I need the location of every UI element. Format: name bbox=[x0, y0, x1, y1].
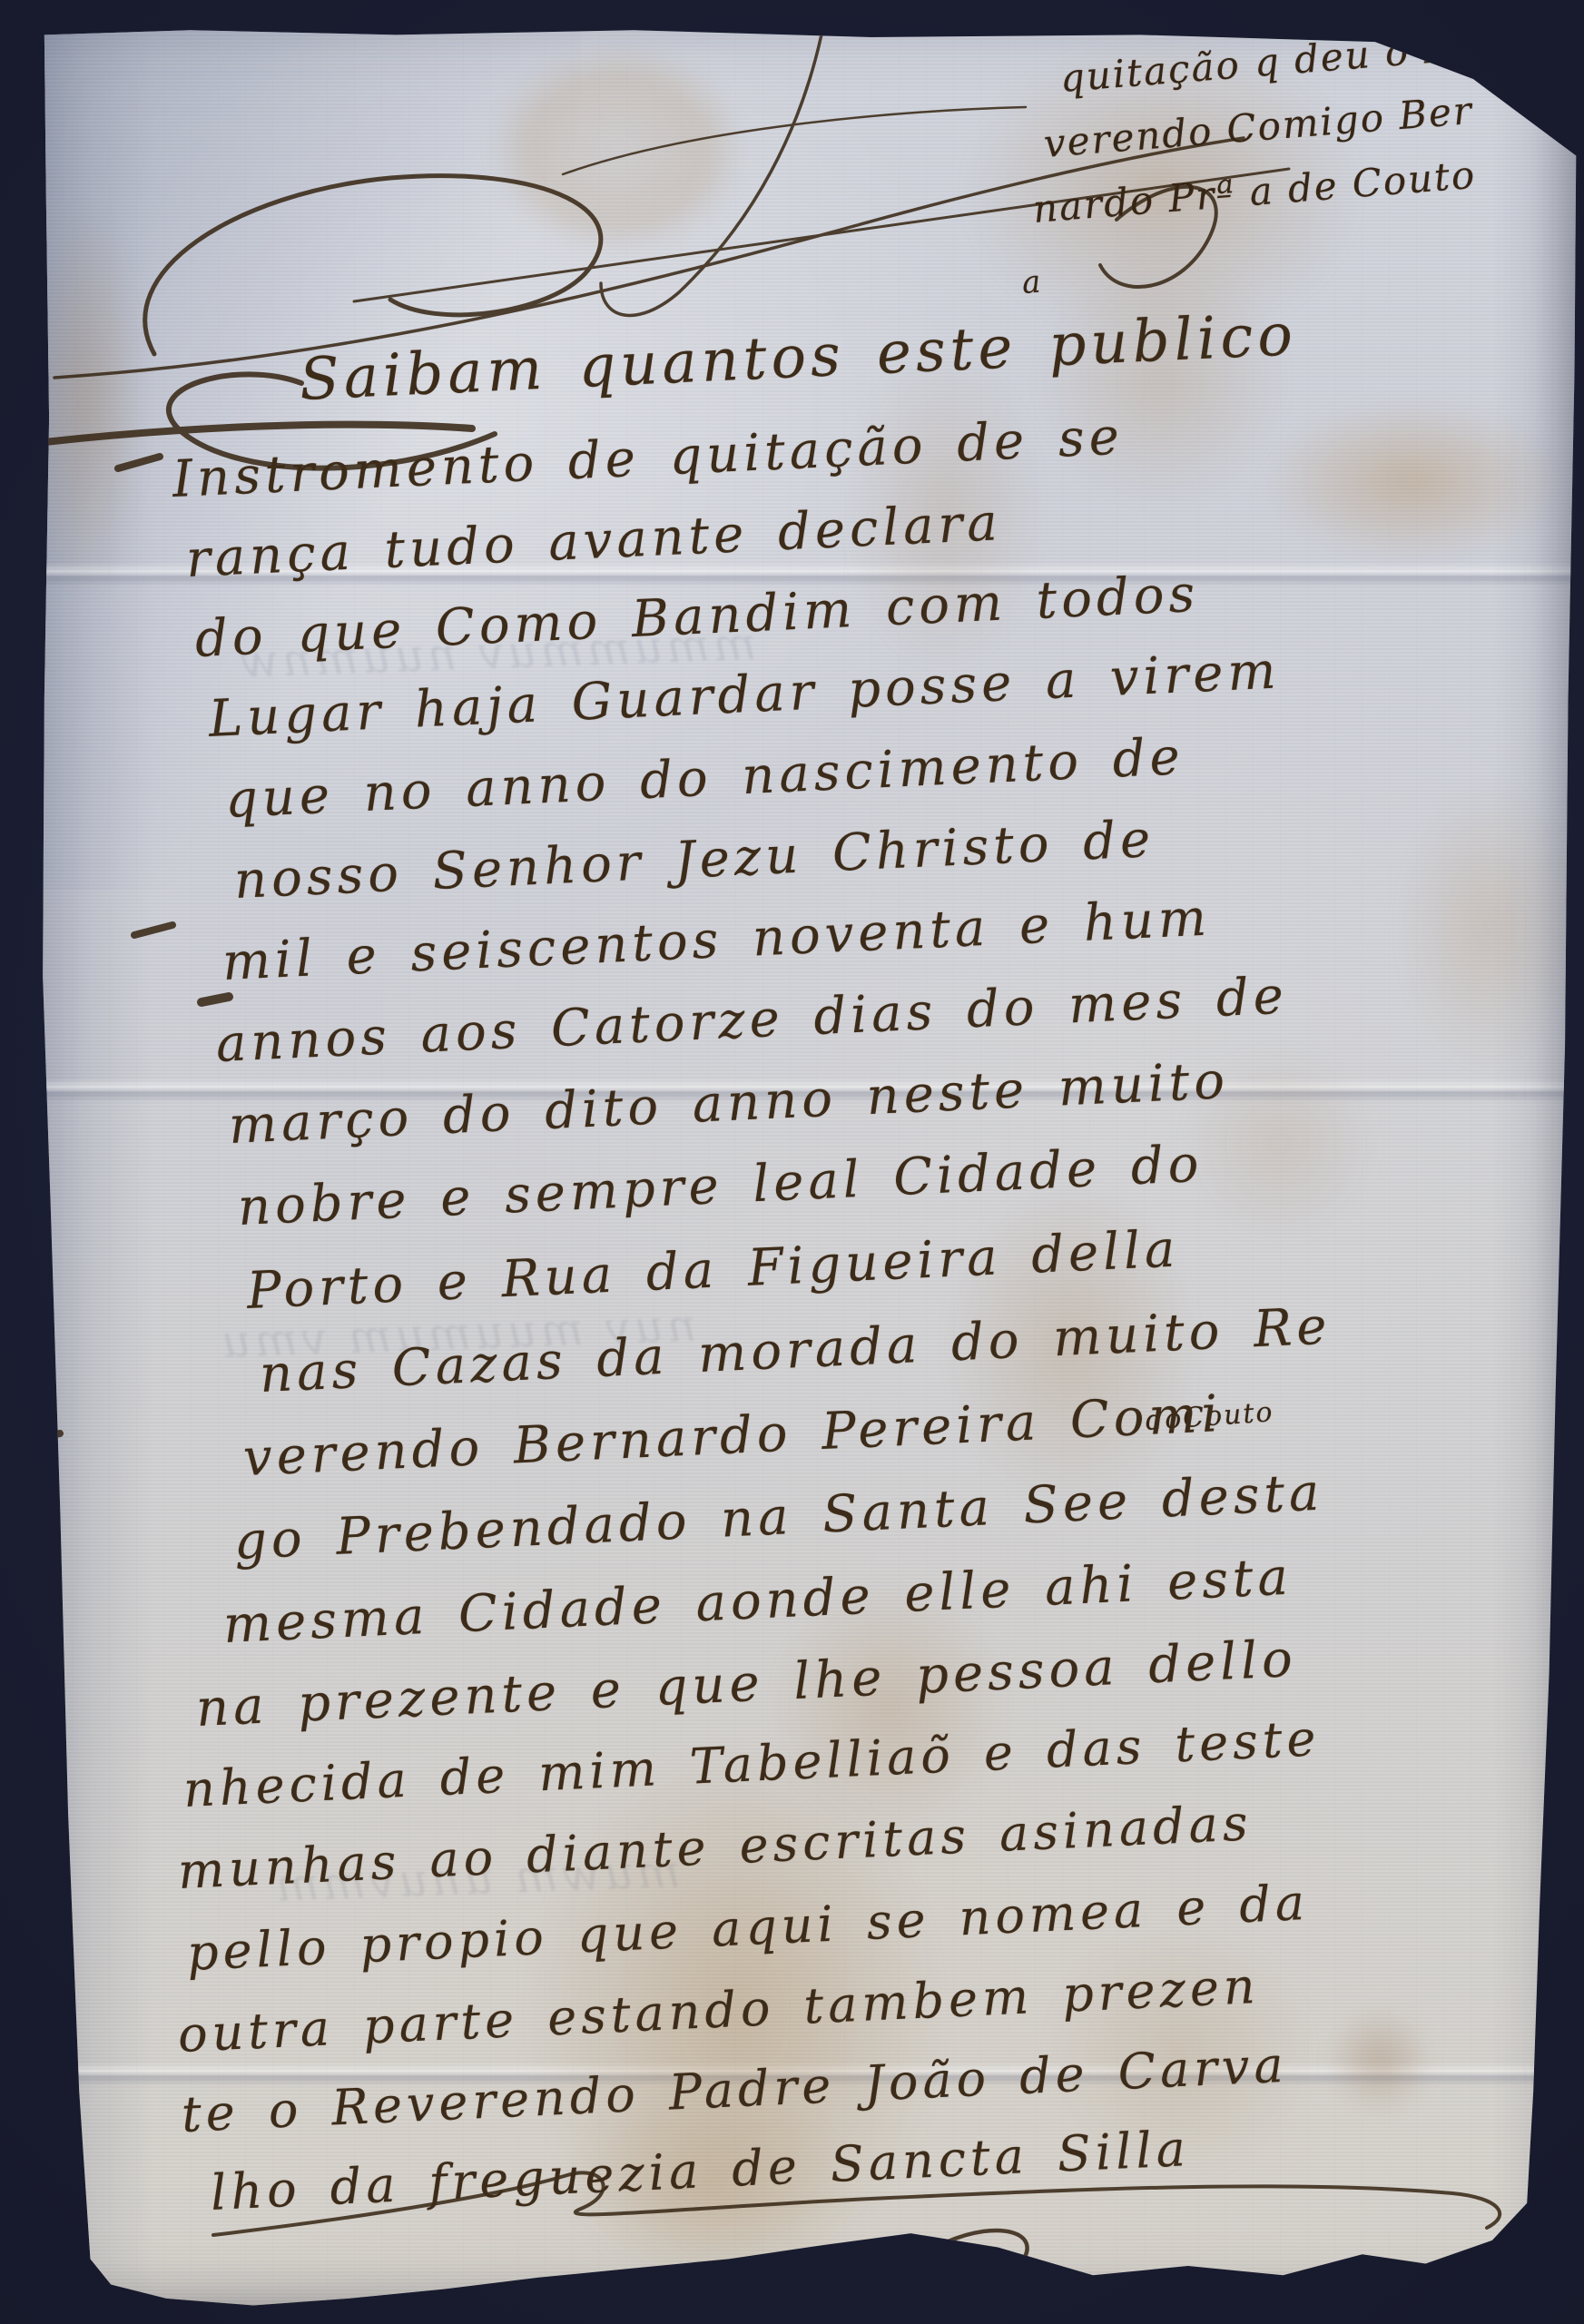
manuscript-paper-sheet: mmummuv nuumnw nuv muumum vmu muwm unuvm… bbox=[0, 0, 1584, 2324]
paper-edge-vignette bbox=[0, 0, 1584, 2324]
margin-dash bbox=[24, 1433, 60, 1442]
manuscript-photo: mmummuv nuumnw nuv muumum vmu muwm unuvm… bbox=[0, 0, 1584, 2324]
